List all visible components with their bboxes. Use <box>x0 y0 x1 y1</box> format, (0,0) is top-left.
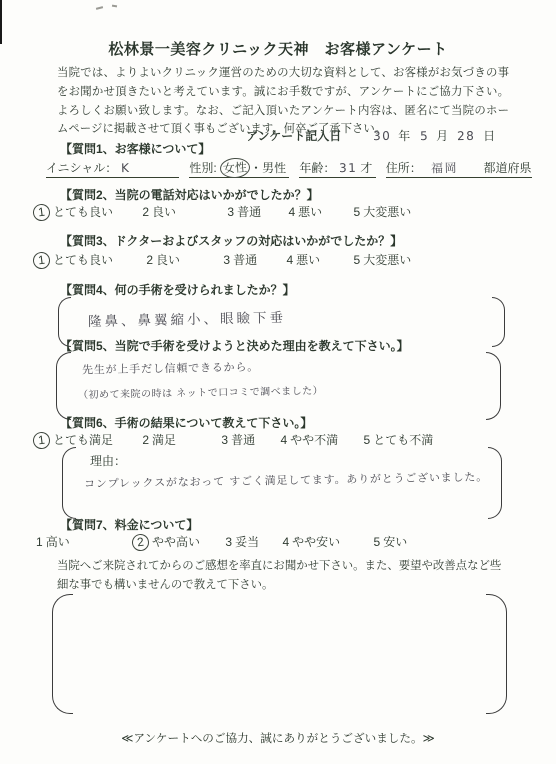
page-title: 松林景一美容クリニック天神 お客様アンケート <box>0 38 556 59</box>
q6-option-1-num: 1 <box>32 431 51 450</box>
address-field: 住所： 福岡 都道府県 <box>386 161 532 178</box>
q2-option-2-num: 2 <box>142 205 149 219</box>
q2-options-row: 1とても良い 2良い 3普通 4悪い 5大変悪い <box>36 203 411 221</box>
q7-option-4: 4やや安い <box>282 533 340 550</box>
age-label: 年齢： <box>299 161 335 175</box>
date-month-unit: 月 <box>436 129 448 143</box>
q3-option-4: 4悪い <box>286 251 320 268</box>
q6-option-5-num: 5 <box>364 433 371 447</box>
q3-options-row: 1とても良い 2良い 3普通 4悪い 5大変悪い <box>36 251 411 269</box>
q6-option-5-label: とても不満 <box>373 433 433 447</box>
comment-prompt: 当院へご来院されてからのご感想を率直にお聞かせ下さい。また、要望や改善点など些細… <box>57 557 509 595</box>
gender-label: 性別: <box>189 161 216 175</box>
q3-option-2-num: 2 <box>146 253 153 267</box>
q2-option-5-label: 大変悪い <box>363 205 411 219</box>
q3-option-2: 2良い <box>146 251 180 268</box>
q5-header: 【質問5、当院で手術を受けようと決めた理由を教えて下さい。】 <box>60 337 409 354</box>
q6-option-2-num: 2 <box>142 433 149 447</box>
q5-answer-line1-handwriting: 先生が上手だし信頼できるから。 <box>82 358 259 377</box>
q2-option-2: 2良い <box>142 203 176 220</box>
q6-reason-handwriting: コンプレックスがなおって すごく満足してます。ありがとうございました。 <box>84 468 488 491</box>
q3-option-5-num: 5 <box>354 253 361 267</box>
age-unit: 才 <box>360 161 372 175</box>
q3-option-1: 1とても良い <box>36 251 113 269</box>
q6-option-2: 2満足 <box>142 431 176 448</box>
q3-option-4-num: 4 <box>286 253 293 267</box>
q2-option-2-label: 良い <box>152 205 176 219</box>
q2-option-4-label: 悪い <box>298 205 322 219</box>
q5-answer-bracket-right <box>486 352 501 420</box>
address-label: 住所： <box>386 161 422 175</box>
q1-fields-row: イニシャル： K 性別: 女性・男性 年齢： 31 才 住所： 福岡 都道府県 <box>46 158 532 178</box>
q7-option-4-num: 4 <box>282 535 289 549</box>
initial-value: K <box>121 161 131 175</box>
age-value: 31 <box>339 161 358 175</box>
q6-option-4-label: やや不満 <box>290 433 338 447</box>
survey-date-line: アンケート記入日 30 年 5 月 28 日 <box>246 127 501 144</box>
q4-answer-bracket-right <box>492 297 505 347</box>
q7-option-2: 2やや高い <box>135 533 200 551</box>
address-suffix: 都道府県 <box>483 161 531 175</box>
q2-option-5-num: 5 <box>354 205 361 219</box>
initial-field: イニシャル： K <box>46 161 179 178</box>
q2-option-3: 3普通 <box>227 203 261 220</box>
q3-option-1-label: とても良い <box>53 253 113 267</box>
q7-option-5-num: 5 <box>374 535 381 549</box>
initial-label: イニシャル： <box>46 161 117 175</box>
q7-option-5-label: 安い <box>383 535 407 549</box>
q7-header: 【質問7、料金について】 <box>60 516 198 533</box>
date-label: アンケート記入日 <box>246 129 341 143</box>
age-field: 年齢： 31 才 <box>299 161 375 178</box>
scan-speck <box>112 5 117 8</box>
comment-bracket-left <box>52 594 73 714</box>
q3-header: 【質問3、ドクターおよびスタッフの対応はいかがでしたか？】 <box>60 232 402 249</box>
q3-option-1-num: 1 <box>32 251 51 270</box>
q6-reason-bracket-left <box>62 447 76 519</box>
gender-female-circled: 女性 <box>219 157 250 179</box>
q2-option-5: 5大変悪い <box>354 203 412 220</box>
scan-speck <box>96 6 103 10</box>
q7-option-5: 5安い <box>374 533 408 550</box>
q6-option-5: 5とても不満 <box>364 431 434 448</box>
q4-answer-handwriting: 隆鼻、鼻翼縮小、眼瞼下垂 <box>88 306 286 330</box>
q5-answer-line2-handwriting: （初めて来院の時は ネットで口コミで調べました） <box>78 382 323 401</box>
q6-option-4: 4やや不満 <box>280 431 338 448</box>
q2-option-4: 4悪い <box>288 203 322 220</box>
q6-option-3: 3普通 <box>221 431 255 448</box>
q4-header: 【質問4、何の手術を受けられましたか？】 <box>60 281 295 298</box>
q7-option-2-label: やや高い <box>152 535 200 549</box>
q7-option-3: 3妥当 <box>225 533 259 550</box>
q1-header: 【質問1、お客様について】 <box>60 140 210 157</box>
q2-option-1-label: とても良い <box>53 205 113 219</box>
q6-option-4-num: 4 <box>280 433 287 447</box>
q6-options-row: 1とても満足 2満足 3普通 4やや不満 5とても不満 <box>36 431 433 449</box>
q7-option-1: 1高い <box>36 533 70 550</box>
q6-option-2-label: 満足 <box>152 433 176 447</box>
q3-option-3: 3普通 <box>223 251 257 268</box>
q2-option-3-num: 3 <box>227 205 234 219</box>
q7-option-1-label: 高い <box>46 535 70 549</box>
q2-option-1-num: 1 <box>32 203 51 222</box>
date-month-value: 5 <box>419 129 428 143</box>
q3-option-4-label: 悪い <box>296 253 320 267</box>
q7-option-1-num: 1 <box>36 535 43 549</box>
gender-separator: ・ <box>250 161 262 175</box>
q3-option-3-num: 3 <box>223 253 230 267</box>
gender-male: 男性 <box>262 161 286 175</box>
survey-scan-page: 松林景一美容クリニック天神 お客様アンケート 当院では、よりよいクリニック運営の… <box>0 0 556 764</box>
date-day-unit: 日 <box>483 129 495 143</box>
q2-option-3-label: 普通 <box>237 205 261 219</box>
closing-message: ≪アンケートへのご協力、誠にありがとうございました。≫ <box>0 730 556 746</box>
q6-reason-label: 理由： <box>90 452 126 469</box>
q6-option-3-num: 3 <box>221 433 228 447</box>
q2-header: 【質問2、当院の電話対応はいかがでしたか？】 <box>60 186 319 203</box>
q7-options-row: 1高い 2やや高い 3妥当 4やや安い 5安い <box>36 533 407 551</box>
q2-option-1: 1とても良い <box>36 203 113 221</box>
q6-header: 【質問6、手術の結果について教えて下さい。】 <box>60 414 312 431</box>
q6-option-3-label: 普通 <box>231 433 255 447</box>
q7-option-2-num: 2 <box>131 533 150 552</box>
q7-option-3-num: 3 <box>225 535 232 549</box>
q3-option-5: 5大変悪い <box>354 251 412 268</box>
date-day-value: 28 <box>457 129 476 143</box>
comment-bracket-right <box>486 594 507 714</box>
date-year-value: 30 <box>373 129 392 143</box>
q3-option-5-label: 大変悪い <box>363 253 411 267</box>
q6-reason-bracket-right <box>488 447 502 519</box>
q3-option-2-label: 良い <box>156 253 180 267</box>
q6-option-1-label: とても満足 <box>53 433 113 447</box>
address-value: 福岡 <box>425 159 480 177</box>
gender-field: 性別: 女性・男性 <box>189 161 289 178</box>
q7-option-3-label: 妥当 <box>235 535 259 549</box>
q5-answer-bracket-left <box>56 352 71 420</box>
date-year-unit: 年 <box>398 129 410 143</box>
q2-option-4-num: 4 <box>288 205 295 219</box>
q7-option-4-label: やや安い <box>292 535 340 549</box>
q3-option-3-label: 普通 <box>233 253 257 267</box>
